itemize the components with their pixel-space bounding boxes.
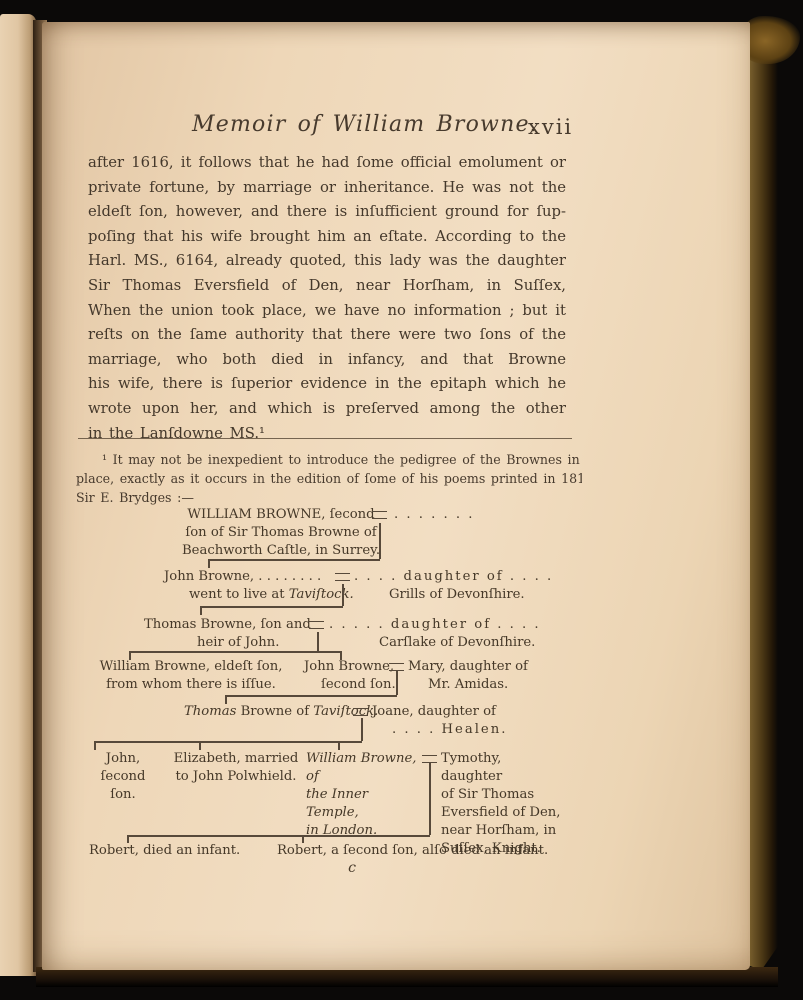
pedigree-gen3-wife: . . . . . daughter of . . . . xyxy=(329,616,541,634)
sibling-bracket xyxy=(127,835,430,837)
descent-line xyxy=(225,695,397,697)
pedigree-gen5-husband: Thomas Browne of Taviſtock. xyxy=(184,703,378,721)
body-line: Sir Thomas Eversfield of Den, near Horſh… xyxy=(88,274,566,299)
descent-line xyxy=(342,584,344,606)
descent-line xyxy=(317,632,319,651)
book-bottom-edge xyxy=(36,967,778,987)
footnote-rule xyxy=(78,438,572,439)
pedigree-gen1-wife: . . . . . . . xyxy=(394,506,475,524)
body-line: after 1616, it follows that he had ſome … xyxy=(88,151,566,176)
pedigree-gen5-wife-note: . . . . Healen. xyxy=(392,721,507,739)
running-header: Memoir of William Browne. xyxy=(192,112,538,137)
marriage-symbol xyxy=(389,663,404,671)
descent-line xyxy=(396,671,398,695)
body-text: after 1616, it follows that he had ſome … xyxy=(88,151,566,446)
body-line: his wife, there is ſuperior evidence in … xyxy=(88,372,566,397)
footnote-line: ¹ It may not be inexpedient to introduce… xyxy=(76,450,582,469)
book-page: Memoir of William Browne. xvii after 161… xyxy=(42,22,750,970)
pedigree-gen4-wife: Mary, daughter of xyxy=(408,658,528,676)
descent-line xyxy=(208,559,380,561)
body-line: poſing that his wife brought him an eſta… xyxy=(88,225,566,250)
pedigree-gen6-son: John, ſecond ſon. xyxy=(84,750,162,804)
pedigree-gen2-husband: John Browne, . . . . . . . . xyxy=(164,568,321,586)
descent-line xyxy=(379,523,381,559)
book-photo: Memoir of William Browne. xvii after 161… xyxy=(0,0,803,1000)
pedigree-gen7-right: Robert, a ſecond ſon, alſo died an infan… xyxy=(277,842,548,860)
descent-tick xyxy=(338,741,340,750)
body-line: wrote upon her, and which is preſerved a… xyxy=(88,397,566,422)
pedigree-gen3-husband: Thomas Browne, ſon and xyxy=(144,616,311,634)
marriage-symbol xyxy=(309,621,324,629)
footnote-line: place, exactly as it occurs in the editi… xyxy=(76,469,582,488)
descent-tick xyxy=(208,559,210,568)
footnote-line: Sir E. Brydges :— xyxy=(76,488,582,507)
body-line: in the Lanſdowne MS.¹ xyxy=(88,422,566,447)
pedigree-gen5-wife: Joane, daughter of xyxy=(372,703,496,721)
body-line: reſts on the ſame authority that there w… xyxy=(88,323,566,348)
pedigree-gen2-husband-note: went to live at Taviſtock. xyxy=(189,586,354,604)
descent-tick xyxy=(199,741,201,750)
body-line: marriage, who both died in infancy, and … xyxy=(88,348,566,373)
page-block-edge xyxy=(748,24,778,970)
pedigree-gen4-husband-note: ſecond ſon. xyxy=(321,676,396,694)
body-line: eldeſt ſon, however, and there is inſuff… xyxy=(88,200,566,225)
body-line: private fortune, by marriage or inherita… xyxy=(88,176,566,201)
body-line: When the union took place, we have no in… xyxy=(88,299,566,324)
pedigree-gen6-william: William Browne, of the Inner Temple, in … xyxy=(306,750,418,840)
signature-mark: c xyxy=(338,860,366,876)
pedigree-gen4-husband: John Browne, xyxy=(304,658,394,676)
pedigree-gen2-wife-note: Grills of Devonſhire. xyxy=(389,586,525,604)
body-line: Harl. MS., 6164, already quoted, this la… xyxy=(88,249,566,274)
descent-tick xyxy=(94,741,96,750)
pedigree-gen1-husband: WILLIAM BROWNE, ſecond ſon of Sir Thomas… xyxy=(175,506,387,560)
descent-line xyxy=(361,718,363,741)
pedigree-gen4-eldest: William Browne, eldeſt ſon, from whom th… xyxy=(93,658,289,694)
pedigree-gen4-wife-note: Mr. Amidas. xyxy=(428,676,508,694)
pedigree-gen6-daughter: Elizabeth, married to John Polwhield. xyxy=(168,750,304,786)
sibling-bracket xyxy=(129,651,342,653)
descent-tick xyxy=(200,606,202,615)
pedigree-gen3-wife-note: Carſlake of Devonſhire. xyxy=(379,634,535,652)
marriage-symbol xyxy=(372,511,387,519)
sibling-bracket xyxy=(94,741,362,743)
marriage-symbol xyxy=(422,755,437,763)
facing-page-edge xyxy=(0,14,36,976)
pedigree-gen7-left: Robert, died an infant. xyxy=(89,842,240,860)
descent-line xyxy=(429,763,431,835)
marriage-symbol xyxy=(335,573,350,581)
pedigree-gen3-husband-note: heir of John. xyxy=(197,634,279,652)
footnote: ¹ It may not be inexpedient to introduce… xyxy=(76,450,582,507)
descent-line xyxy=(200,606,343,608)
marriage-symbol xyxy=(353,708,368,716)
pedigree-gen2-wife: . . . . daughter of . . . . xyxy=(354,568,553,586)
page-number: xvii xyxy=(528,115,573,139)
